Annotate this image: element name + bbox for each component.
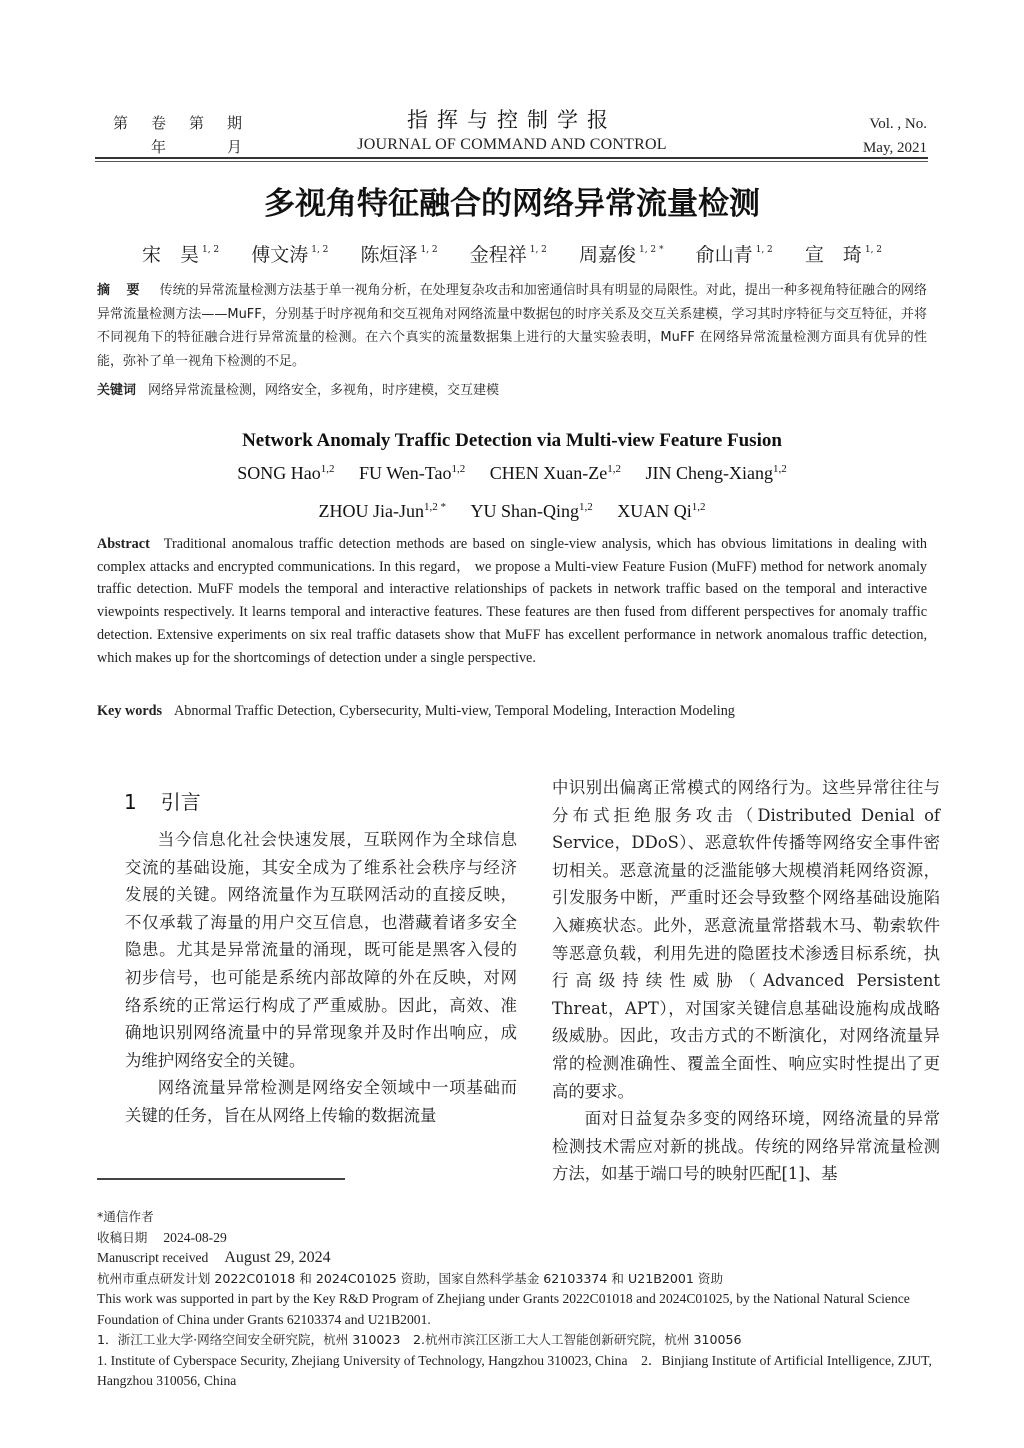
authors-en-line1: SONG Hao1,2 FU Wen-Tao1,2 CHEN Xuan-Ze1,… xyxy=(0,456,1024,486)
header-volume-info: Vol. , No. May, 2021 xyxy=(863,112,927,160)
corresponding-author-note: *通信作者 xyxy=(97,1207,937,1228)
paragraph: 网络流量异常检测是网络安全领域中一项基础而关键的任务，旨在从网络上传输的数据流量 xyxy=(125,1074,517,1129)
keywords-en-label: Key words xyxy=(97,703,162,719)
author-cn: 宋 昊1, 2 xyxy=(142,244,219,266)
body-column-right: 中识别出偏离正常模式的网络行为。这些异常往往与分布式拒绝服务攻击（Distrib… xyxy=(552,774,940,1188)
keywords-cn-text: 网络异常流量检测，网络安全，多视角，时序建模，交互建模 xyxy=(148,383,499,398)
header-juan: 卷 xyxy=(151,112,189,136)
section-heading-introduction: 1引言 xyxy=(124,787,201,817)
funding-cn: 杭州市重点研发计划 2022C01018 和 2024C01025 资助，国家自… xyxy=(97,1269,937,1290)
author-cn: 周嘉俊1, 2 * xyxy=(579,244,664,266)
header-di-1: 第 xyxy=(113,112,151,136)
authors-en-line2: ZHOU Jia-Jun1,2 * YU Shan-Qing1,2 XUAN Q… xyxy=(0,494,1024,524)
author-en: XUAN Qi1,2 xyxy=(617,501,705,521)
journal-title-block: 指挥与控制学报 JOURNAL OF COMMAND AND CONTROL xyxy=(300,106,724,156)
author-cn: 俞山青1, 2 xyxy=(696,244,773,266)
header-qi: 期 xyxy=(227,112,242,136)
header-volume: Vol. , No. xyxy=(863,112,927,136)
keywords-en: Key wordsAbnormal Traffic Detection, Cyb… xyxy=(97,700,927,722)
header-issue-info: 第 卷 第 期 年 月 xyxy=(113,112,253,160)
paragraph: 中识别出偏离正常模式的网络行为。这些异常往往与分布式拒绝服务攻击（Distrib… xyxy=(552,774,940,1105)
header-di-2: 第 xyxy=(189,112,227,136)
authors-cn: 宋 昊1, 2 傅文涛1, 2 陈烜泽1, 2 金程祥1, 2 周嘉俊1, 2 … xyxy=(0,236,1024,269)
author-cn: 陈烜泽1, 2 xyxy=(360,244,437,266)
abstract-en-text: Traditional anomalous traffic detection … xyxy=(97,536,927,666)
journal-title-cn: 指挥与控制学报 xyxy=(300,106,724,134)
body-column-left: 当今信息化社会快速发展，互联网作为全球信息交流的基础设施，其安全成为了维系社会秩… xyxy=(125,826,517,1130)
received-date-en: Manuscript receivedAugust 29, 2024 xyxy=(97,1248,937,1269)
abstract-cn-label: 摘 要 xyxy=(97,283,146,298)
footnote-rule xyxy=(97,1178,345,1180)
received-date-cn: 收稿日期2024-08-29 xyxy=(97,1228,937,1249)
author-en: YU Shan-Qing1,2 xyxy=(471,501,593,521)
author-cn: 宣 琦1, 2 xyxy=(805,244,882,266)
keywords-en-text: Abnormal Traffic Detection, Cybersecurit… xyxy=(174,703,735,719)
abstract-en-label: Abstract xyxy=(97,536,150,552)
abstract-en: AbstractTraditional anomalous traffic de… xyxy=(97,533,927,669)
affiliations-cn: 1．浙江工业大学·网络空间安全研究院，杭州 310023 2.杭州市滨江区浙工大… xyxy=(97,1330,937,1351)
paper-title-en: Network Anomaly Traffic Detection via Mu… xyxy=(0,428,1024,454)
author-cn: 傅文涛1, 2 xyxy=(251,244,328,266)
author-en: FU Wen-Tao1,2 xyxy=(359,463,465,483)
paragraph: 面对日益复杂多变的网络环境，网络流量的异常检测技术需应对新的挑战。传统的网络异常… xyxy=(552,1105,940,1188)
author-en: CHEN Xuan-Ze1,2 xyxy=(490,463,621,483)
author-en: JIN Cheng-Xiang1,2 xyxy=(645,463,786,483)
keywords-cn-label: 关键词 xyxy=(97,383,136,398)
affiliations-en: 1. Institute of Cyberspace Security, Zhe… xyxy=(97,1351,937,1392)
journal-title-en: JOURNAL OF COMMAND AND CONTROL xyxy=(300,134,724,156)
footnotes: *通信作者 收稿日期2024-08-29 Manuscript received… xyxy=(97,1207,937,1392)
section-title: 引言 xyxy=(161,790,201,814)
author-en: ZHOU Jia-Jun1,2 * xyxy=(319,501,447,521)
header-rule-thin xyxy=(95,161,928,162)
section-number: 1 xyxy=(124,790,137,814)
author-en: SONG Hao1,2 xyxy=(237,463,334,483)
author-cn: 金程祥1, 2 xyxy=(470,244,547,266)
paragraph: 当今信息化社会快速发展，互联网作为全球信息交流的基础设施，其安全成为了维系社会秩… xyxy=(125,826,517,1074)
header-rule-thick xyxy=(95,157,928,159)
paper-title-cn: 多视角特征融合的网络异常流量检测 xyxy=(0,183,1024,225)
abstract-cn-text: 传统的异常流量检测方法基于单一视角分析，在处理复杂攻击和加密通信时具有明显的局限… xyxy=(97,283,927,369)
abstract-cn: 摘 要传统的异常流量检测方法基于单一视角分析，在处理复杂攻击和加密通信时具有明显… xyxy=(97,279,927,373)
funding-en: This work was supported in part by the K… xyxy=(97,1289,937,1330)
keywords-cn: 关键词网络异常流量检测，网络安全，多视角，时序建模，交互建模 xyxy=(97,380,927,402)
